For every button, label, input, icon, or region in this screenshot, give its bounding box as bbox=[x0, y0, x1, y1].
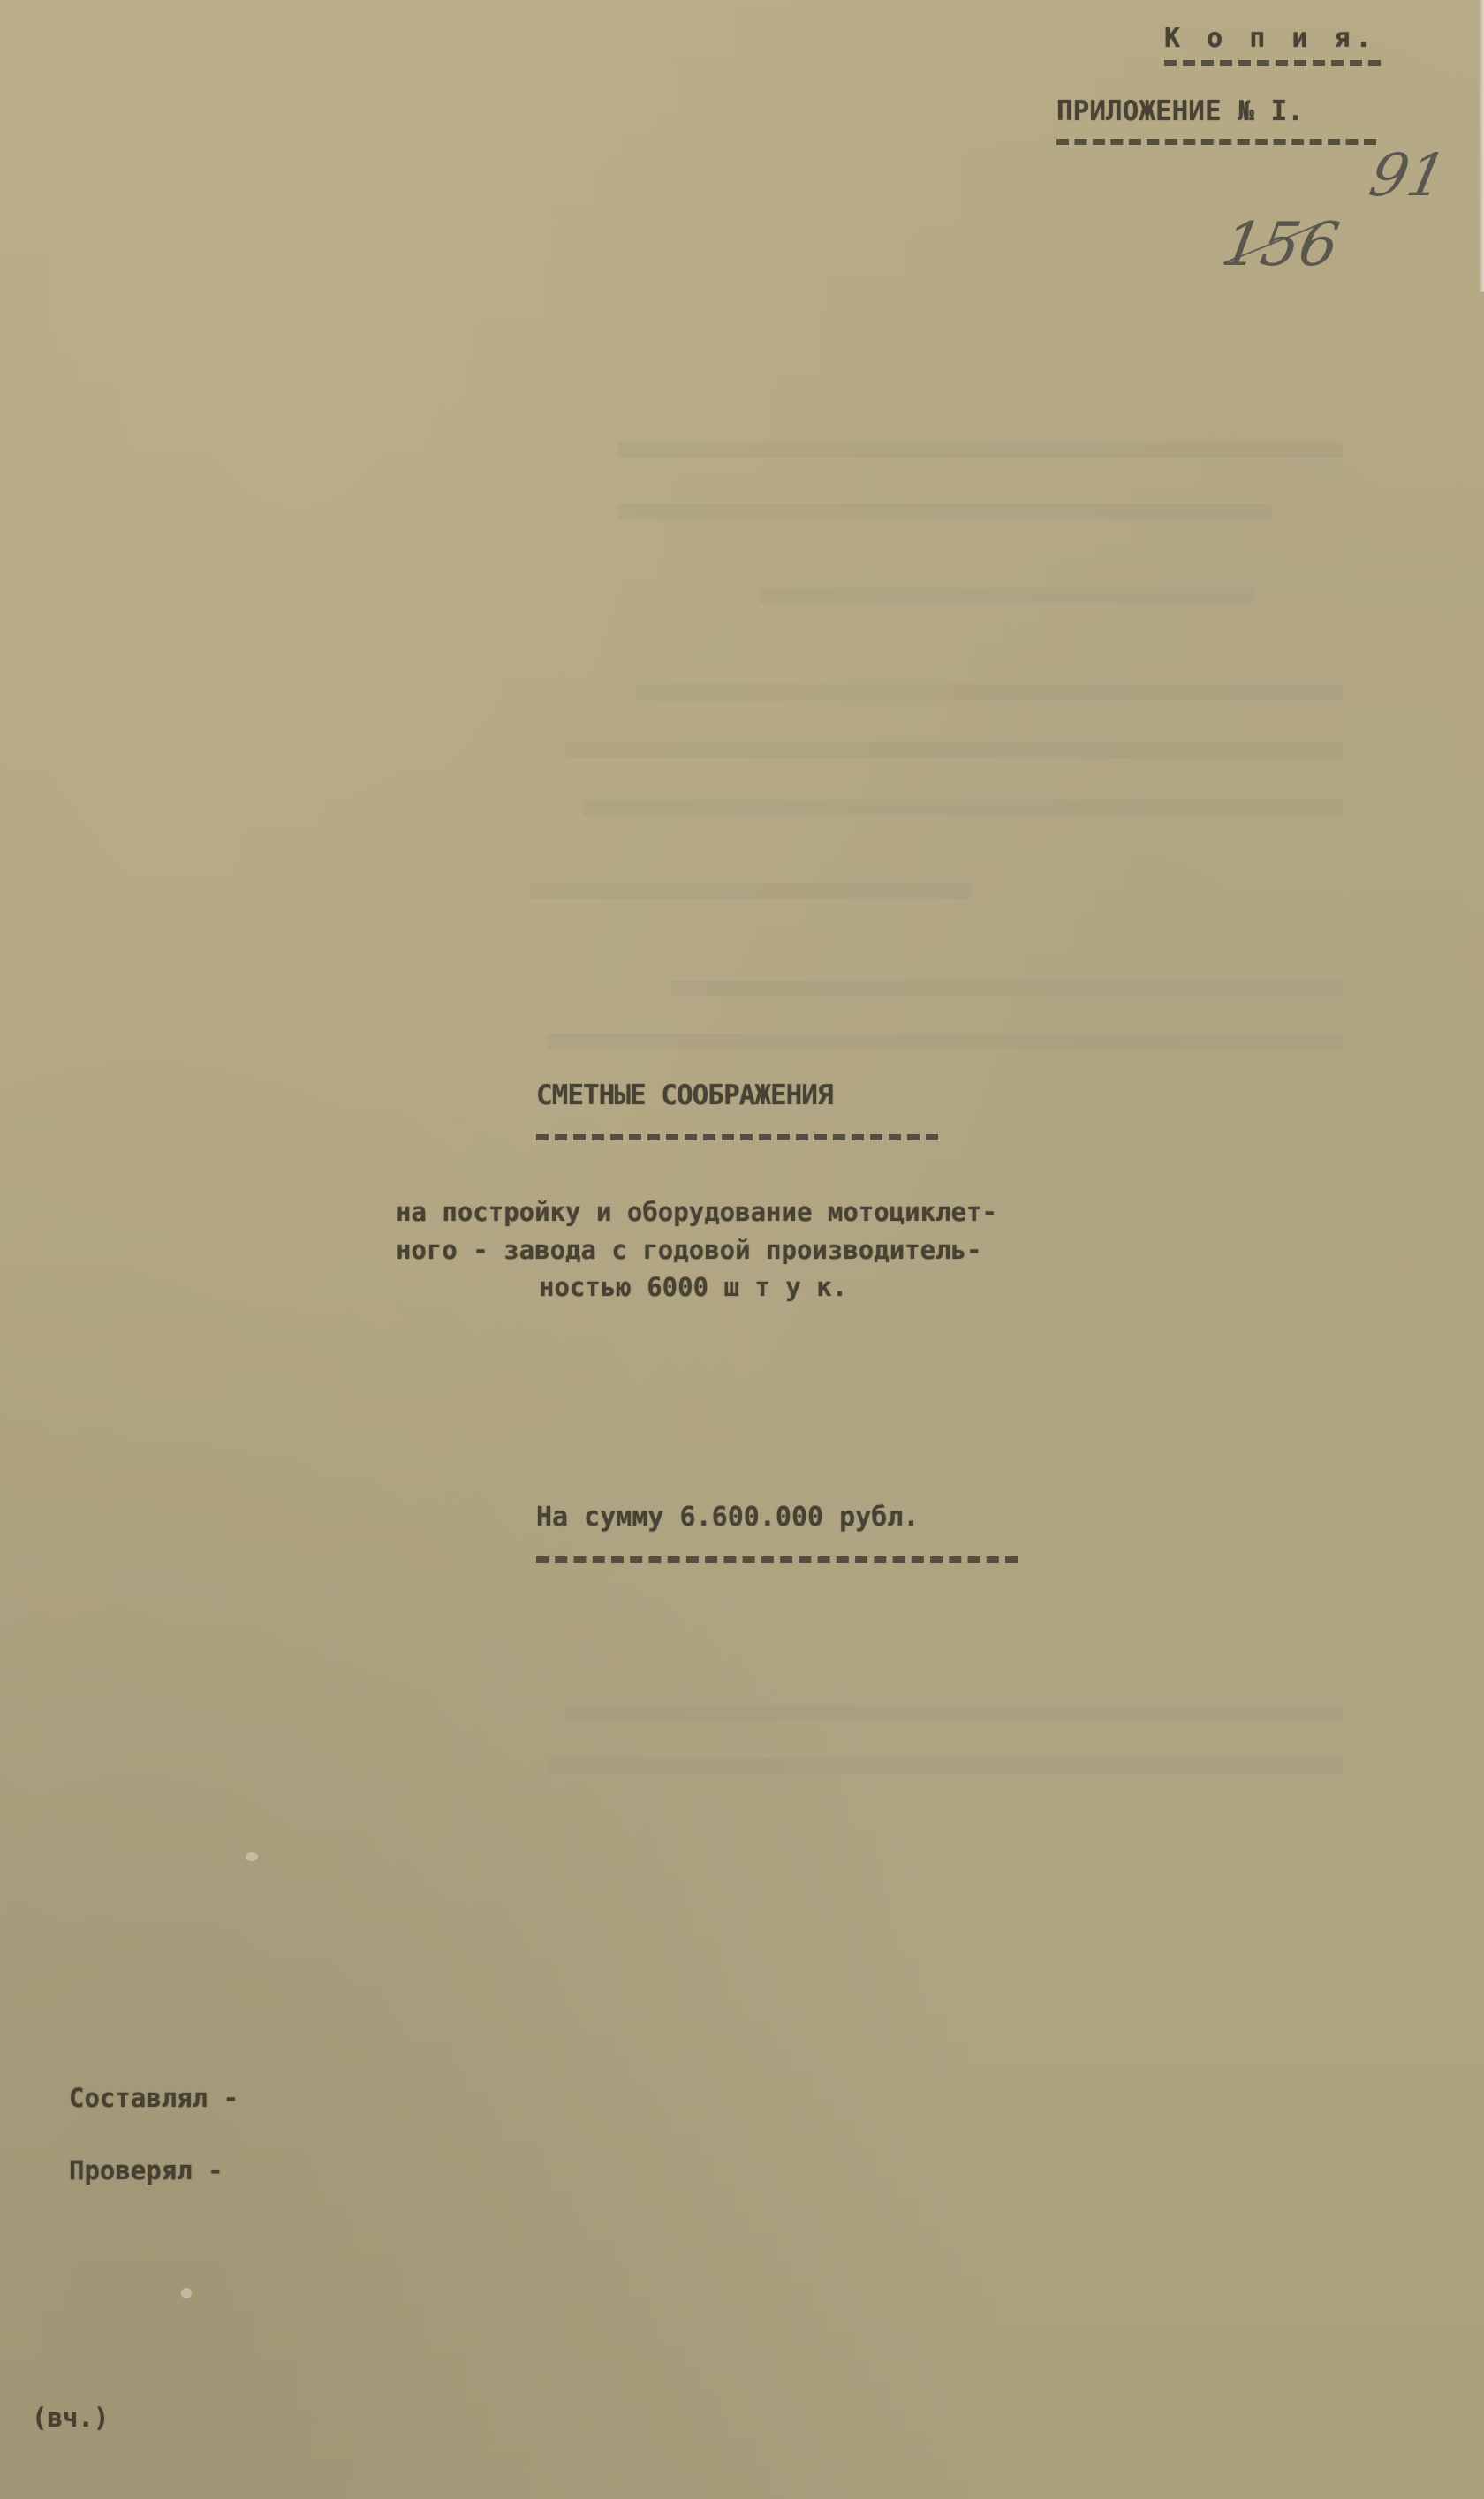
appendix-label: ПРИЛОЖЕНИЕ № I. bbox=[1056, 95, 1304, 127]
typist-mark: (вч.) bbox=[32, 2403, 109, 2433]
bleed-through-text bbox=[618, 504, 1272, 519]
description-line-1: на постройку и оборудование мотоциклет- bbox=[396, 1197, 997, 1227]
total-sum: На сумму 6.600.000 рубл. bbox=[536, 1502, 919, 1533]
bleed-through-text bbox=[618, 442, 1343, 458]
document-page: К о п и я. ПРИЛОЖЕНИЕ № I. 91 156 СМЕТНЫ… bbox=[0, 0, 1484, 2499]
bleed-through-text bbox=[565, 742, 1343, 758]
bleed-through-text bbox=[548, 1034, 1343, 1049]
paper-edge bbox=[1479, 0, 1484, 292]
handwritten-page-number: 91 bbox=[1364, 141, 1452, 209]
heading-underline bbox=[536, 1134, 938, 1140]
bleed-through-text bbox=[583, 799, 1343, 815]
bleed-through-text bbox=[760, 587, 1254, 603]
document-heading: СМЕТНЫЕ СООБРАЖЕНИЯ bbox=[536, 1079, 833, 1111]
sum-underline bbox=[536, 1556, 1018, 1563]
bleed-through-text bbox=[530, 883, 972, 899]
checked-by-label: Проверял - bbox=[69, 2155, 223, 2185]
paper-blemish bbox=[181, 2288, 192, 2298]
compiled-by-label: Составлял - bbox=[69, 2083, 238, 2113]
bleed-through-text bbox=[671, 981, 1343, 996]
copy-label: К о п и я. bbox=[1164, 23, 1377, 54]
bleed-through-text bbox=[565, 1705, 1343, 1721]
copy-underline bbox=[1164, 60, 1381, 66]
paper-blemish bbox=[246, 1852, 258, 1861]
bleed-through-text bbox=[636, 685, 1343, 700]
appendix-underline bbox=[1056, 139, 1376, 145]
description-line-2: ного - завода с годовой производитель- bbox=[396, 1235, 981, 1265]
bleed-through-text bbox=[548, 1758, 1343, 1774]
description-line-3: ностью 6000 ш т у к. bbox=[539, 1272, 847, 1302]
